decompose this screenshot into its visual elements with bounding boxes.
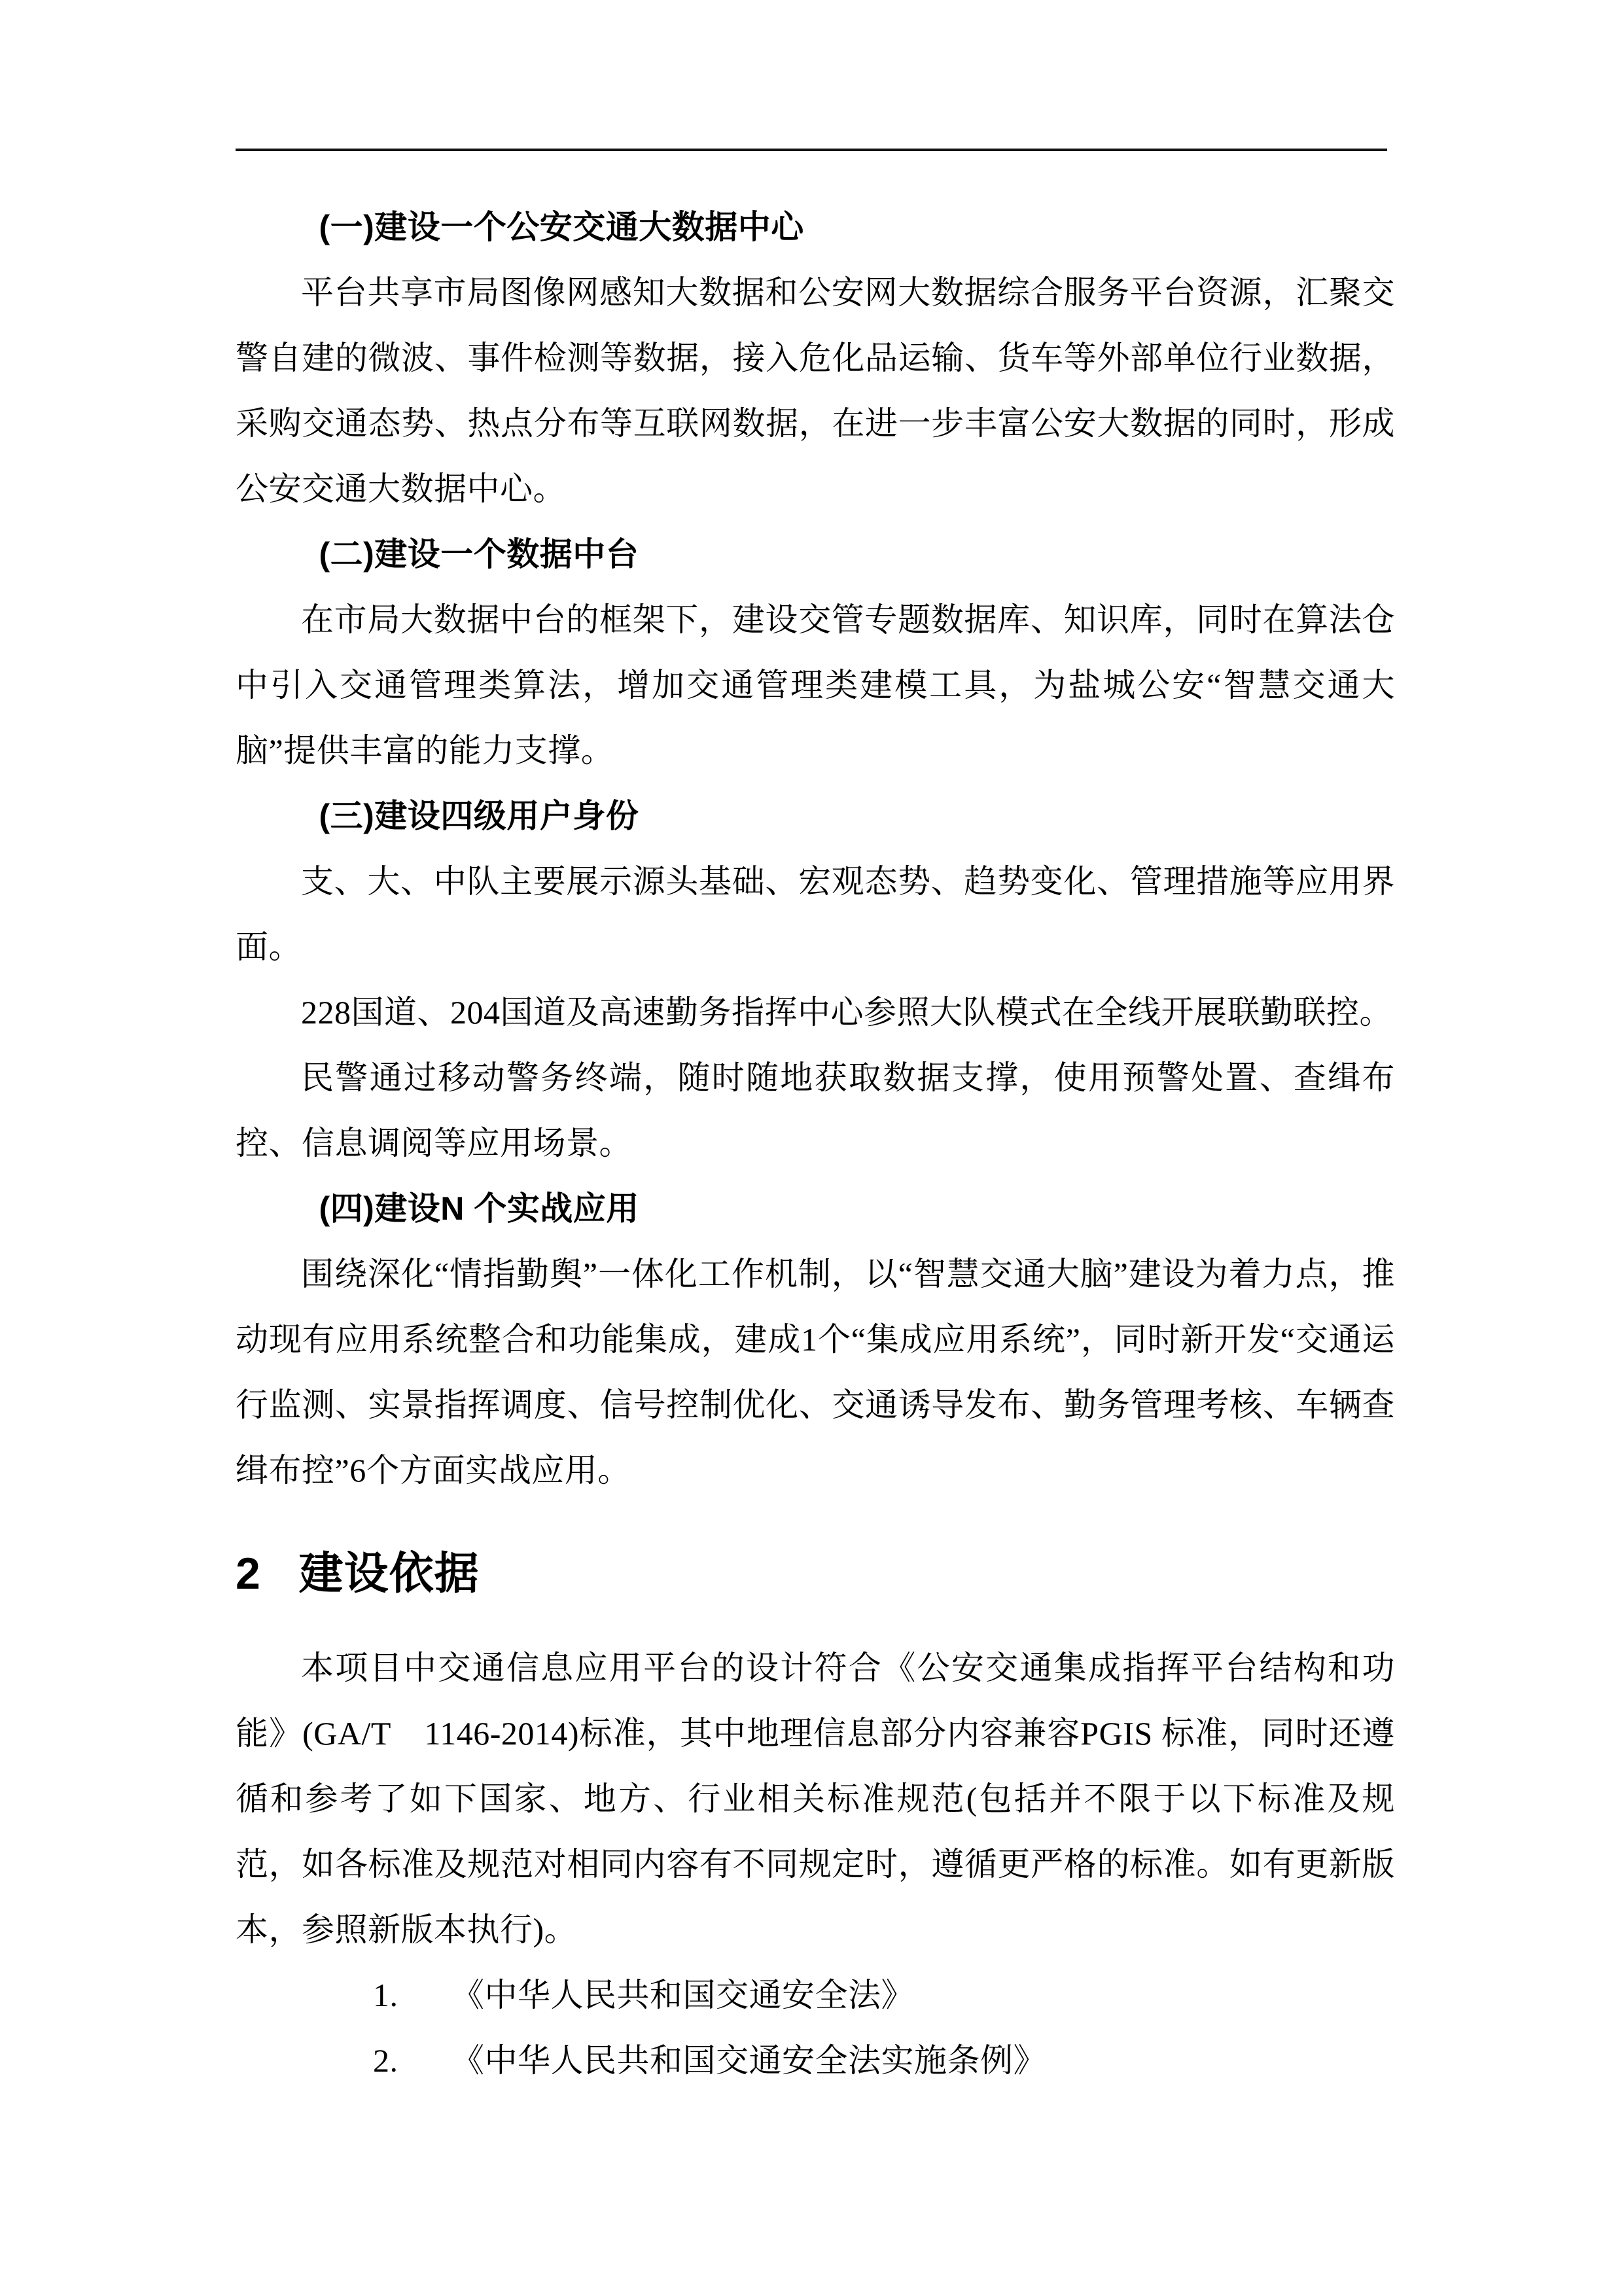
reference-item: 1.《中华人民共和国交通安全法》: [236, 1962, 1395, 2028]
chapter-title: 建设依据: [299, 1549, 480, 1598]
paragraph-mobile-terminal: 民警通过移动警务终端，随时随地获取数据支撑，使用预警处置、查缉布控、信息调阅等应…: [236, 1045, 1395, 1176]
paragraph-data-center: 平台共享市局图像网感知大数据和公安网大数据综合服务平台资源，汇聚交警自建的微波、…: [236, 260, 1395, 521]
chapter-heading: 2建设依据: [236, 1528, 1395, 1619]
document-body: (一)建设一个公安交通大数据中心 平台共享市局图像网感知大数据和公安网大数据综合…: [236, 194, 1395, 2093]
chapter-number: 2: [236, 1528, 261, 1619]
section-heading-4: (四)建设N 个实战应用: [236, 1176, 1395, 1241]
document-page: (一)建设一个公安交通大数据中心 平台共享市局图像网感知大数据和公安网大数据综合…: [0, 0, 1624, 2296]
paragraph-applications: 围绕深化“情指勤舆”一体化工作机制，以“智慧交通大脑”建设为着力点，推动现有应用…: [236, 1241, 1395, 1503]
reference-item: 2.《中华人民共和国交通安全法实施条例》: [236, 2028, 1395, 2093]
section-heading-3: (三)建设四级用户身份: [236, 783, 1395, 849]
paragraph-highway-command: 228国道、204国道及高速勤务指挥中心参照大队模式在全线开展联勤联控。: [236, 980, 1395, 1045]
reference-text: 《中华人民共和国交通安全法实施条例》: [451, 2042, 1046, 2079]
paragraph-standards-basis: 本项目中交通信息应用平台的设计符合《公安交通集成指挥平台结构和功能》(GA/T …: [236, 1635, 1395, 1962]
reference-list: 1.《中华人民共和国交通安全法》 2.《中华人民共和国交通安全法实施条例》: [236, 1962, 1395, 2093]
section-heading-1: (一)建设一个公安交通大数据中心: [236, 194, 1395, 260]
reference-text: 《中华人民共和国交通安全法》: [451, 1977, 914, 2013]
paragraph-data-platform: 在市局大数据中台的框架下，建设交管专题数据库、知识库，同时在算法仓中引入交通管理…: [236, 587, 1395, 783]
reference-number: 1.: [373, 1962, 451, 2028]
paragraph-user-levels: 支、大、中队主要展示源头基础、宏观态势、趋势变化、管理措施等应用界面。: [236, 849, 1395, 980]
section-heading-2: (二)建设一个数据中台: [236, 521, 1395, 587]
header-rule: [236, 149, 1387, 151]
reference-number: 2.: [373, 2028, 451, 2093]
